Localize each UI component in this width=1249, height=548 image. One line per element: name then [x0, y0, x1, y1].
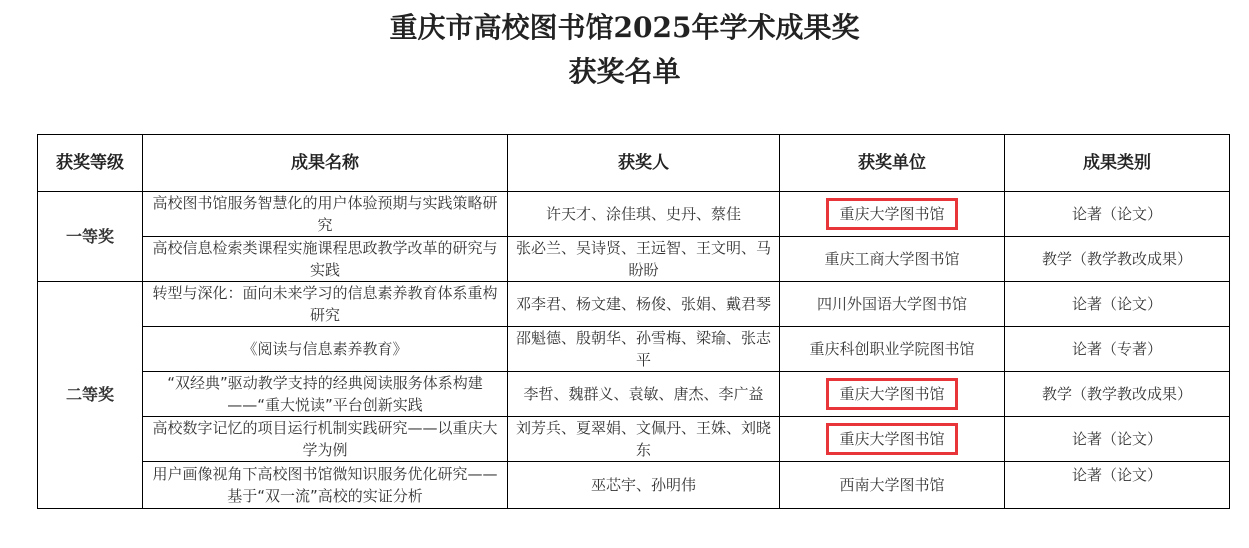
- category: 论著（论文）: [1005, 462, 1230, 509]
- header-unit: 获奖单位: [780, 135, 1005, 192]
- winners: 邵魁德、殷朝华、孙雪梅、梁瑜、张志平: [508, 327, 780, 372]
- table-row: 一等奖 高校图书馆服务智慧化的用户体验预期与实践策略研究 许天才、涂佳琪、史丹、…: [38, 192, 1230, 237]
- table-row: 高校数字记忆的项目运行机制实践研究——以重庆大学为例 刘芳兵、夏翠娟、文佩丹、王…: [38, 417, 1230, 462]
- table-row: 用户画像视角下高校图书馆微知识服务优化研究——基于“双一流”高校的实证分析 巫芯…: [38, 462, 1230, 509]
- table-row: 《阅读与信息素养教育》 邵魁德、殷朝华、孙雪梅、梁瑜、张志平 重庆科创职业学院图…: [38, 327, 1230, 372]
- category: 教学（教学教改成果）: [1005, 372, 1230, 417]
- achievement-title: 转型与深化：面向未来学习的信息素养教育体系重构研究: [143, 282, 508, 327]
- table-row: 高校信息检索类课程实施课程思政教学改革的研究与实践 张必兰、吴诗贤、王远智、王文…: [38, 237, 1230, 282]
- winners: 巫芯宇、孙明伟: [508, 462, 780, 509]
- winners: 许天才、涂佳琪、史丹、蔡佳: [508, 192, 780, 237]
- page-title: 重庆市高校图书馆2025年学术成果奖: [0, 6, 1249, 46]
- award-unit: 西南大学图书馆: [780, 462, 1005, 509]
- award-unit: 四川外国语大学图书馆: [780, 282, 1005, 327]
- table-row: 二等奖 转型与深化：面向未来学习的信息素养教育体系重构研究 邓李君、杨文建、杨俊…: [38, 282, 1230, 327]
- header-level: 获奖等级: [38, 135, 143, 192]
- category: 论著（论文）: [1005, 192, 1230, 237]
- header-winners: 获奖人: [508, 135, 780, 192]
- award-unit: 重庆大学图书馆: [780, 192, 1005, 237]
- header-category: 成果类别: [1005, 135, 1230, 192]
- table-row: “双经典”驱动教学支持的经典阅读服务体系构建——“重大悦读”平台创新实践 李哲、…: [38, 372, 1230, 417]
- winners: 张必兰、吴诗贤、王远智、王文明、马盼盼: [508, 237, 780, 282]
- page-subtitle: 获奖名单: [0, 50, 1249, 90]
- achievement-title: 高校信息检索类课程实施课程思政教学改革的研究与实践: [143, 237, 508, 282]
- achievement-title: 高校数字记忆的项目运行机制实践研究——以重庆大学为例: [143, 417, 508, 462]
- winners: 邓李君、杨文建、杨俊、张娟、戴君琴: [508, 282, 780, 327]
- category: 教学（教学教改成果）: [1005, 237, 1230, 282]
- highlighted-unit: 重庆大学图书馆: [826, 198, 957, 230]
- winners: 李哲、魏群义、袁敏、唐杰、李广益: [508, 372, 780, 417]
- highlighted-unit: 重庆大学图书馆: [826, 378, 957, 410]
- achievement-title: 《阅读与信息素养教育》: [143, 327, 508, 372]
- award-unit: 重庆大学图书馆: [780, 417, 1005, 462]
- winners: 刘芳兵、夏翠娟、文佩丹、王姝、刘晓东: [508, 417, 780, 462]
- category: 论著（论文）: [1005, 417, 1230, 462]
- header-title: 成果名称: [143, 135, 508, 192]
- award-level-second: 二等奖: [38, 282, 143, 509]
- achievement-title: “双经典”驱动教学支持的经典阅读服务体系构建——“重大悦读”平台创新实践: [143, 372, 508, 417]
- highlighted-unit: 重庆大学图书馆: [826, 423, 957, 455]
- category: 论著（专著）: [1005, 327, 1230, 372]
- category: 论著（论文）: [1005, 282, 1230, 327]
- award-unit: 重庆大学图书馆: [780, 372, 1005, 417]
- award-unit: 重庆科创职业学院图书馆: [780, 327, 1005, 372]
- award-level-first: 一等奖: [38, 192, 143, 282]
- table-header-row: 获奖等级 成果名称 获奖人 获奖单位 成果类别: [38, 135, 1230, 192]
- award-unit: 重庆工商大学图书馆: [780, 237, 1005, 282]
- achievement-title: 高校图书馆服务智慧化的用户体验预期与实践策略研究: [143, 192, 508, 237]
- achievement-title: 用户画像视角下高校图书馆微知识服务优化研究——基于“双一流”高校的实证分析: [143, 462, 508, 509]
- award-table: 获奖等级 成果名称 获奖人 获奖单位 成果类别 一等奖 高校图书馆服务智慧化的用…: [37, 134, 1230, 509]
